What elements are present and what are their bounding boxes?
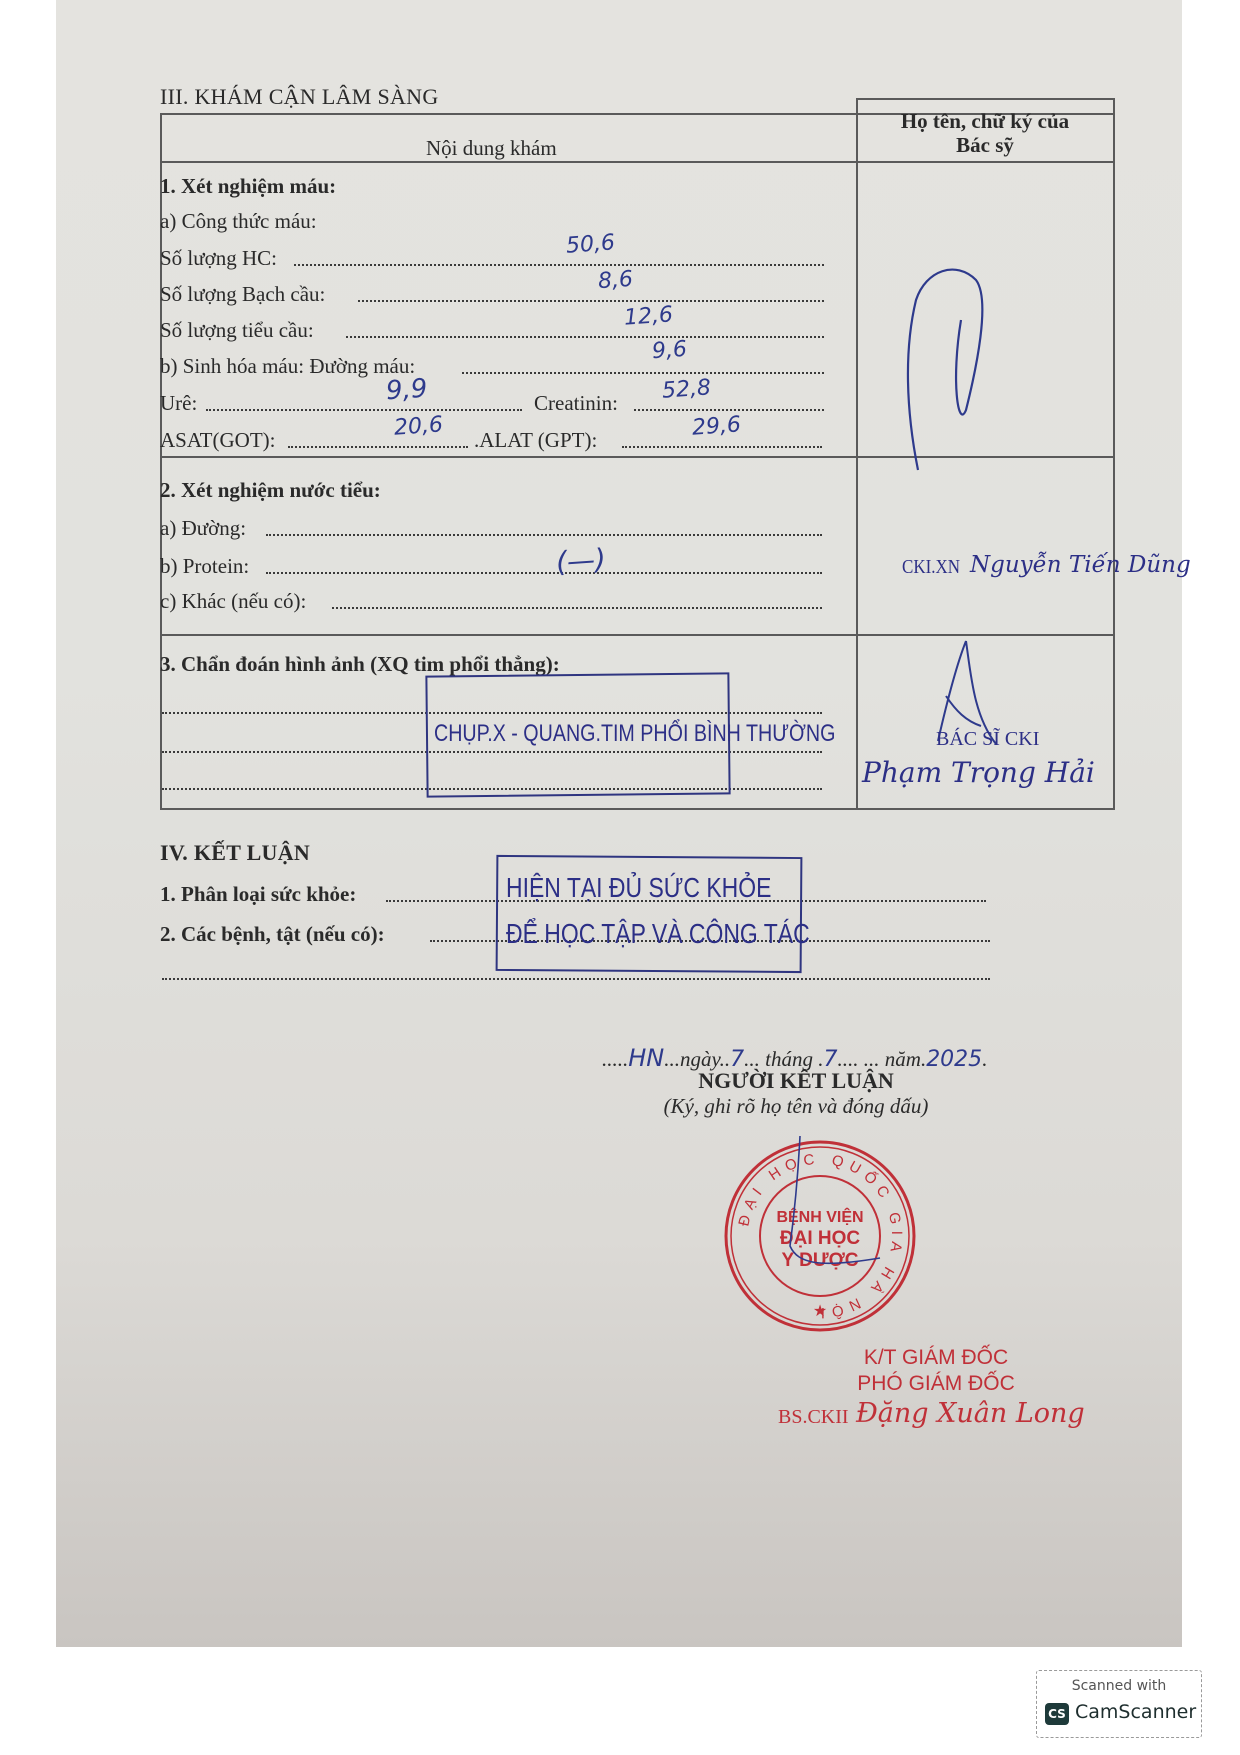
glucose-value: 9,6: [651, 337, 688, 364]
conclusion-dotted-line: [162, 976, 990, 980]
urine-doctor-name: Nguyễn Tiến Dũng: [970, 552, 1191, 578]
seal-star-icon: ★: [813, 1303, 827, 1320]
camscanner-logo-icon: CS: [1045, 1703, 1069, 1725]
platelet-dotted-line: [346, 334, 824, 338]
imaging-heading: 3. Chẩn đoán hình ảnh (XQ tim phổi thẳng…: [160, 652, 560, 677]
header-doctor-line2: Bác sỹ: [876, 133, 1094, 158]
blood-test-heading: 1. Xét nghiệm máu:: [160, 174, 336, 199]
alat-dotted-line: [622, 444, 822, 448]
imaging-doctor-name: Phạm Trọng Hải: [862, 756, 1095, 789]
alat-value: 29,6: [691, 412, 742, 440]
seal-center-line3: Y DƯỢC: [781, 1250, 858, 1271]
conclusion-stamp-line1: HIỆN TẠI ĐỦ SỨC KHỎE: [506, 872, 771, 904]
blood-formula-label: a) Công thức máu:: [160, 209, 317, 234]
urine-protein-dotted-line: [266, 570, 822, 574]
table-header-divider: [160, 161, 1113, 163]
urine-doctor-prefix: CKI.XN: [902, 556, 960, 579]
glucose-dotted-line: [462, 370, 824, 374]
rbc-value: 50,6: [565, 230, 616, 258]
watermark-brand: CamScanner: [1075, 1701, 1196, 1723]
asat-value: 20,6: [393, 412, 444, 440]
imaging-stamp-text: CHỤP.X - QUANG.TIM PHỔI BÌNH THƯỜNG: [434, 720, 835, 748]
conclusion-stamp-line2: ĐỂ HỌC TẬP VÀ CÔNG TÁC: [506, 918, 810, 950]
urine-other-label: c) Khác (nếu có):: [160, 589, 306, 614]
doctor-signature-blood: [896, 260, 1016, 480]
creatinin-dotted-line: [634, 407, 824, 411]
creatinin-label: Creatinin:: [534, 391, 618, 416]
header-content: Nội dung khám: [426, 136, 557, 161]
signer-role-line2: PHÓ GIÁM ĐỐC: [816, 1372, 1056, 1396]
urine-sugar-dotted-line: [266, 532, 822, 536]
hospital-seal: ĐẠI HỌC QUỐC GIA HÀ NỘI BỆNH VIỆN ĐẠI HỌ…: [720, 1136, 920, 1336]
table-border-right: [1113, 98, 1115, 810]
wbc-label: Số lượng Bạch cầu:: [160, 282, 325, 307]
imaging-doctor-title: BÁC SĨ CKI: [936, 728, 1039, 751]
header-doctor-line1: Họ tên, chữ ký của: [876, 109, 1094, 134]
camscanner-watermark: Scanned with CS CamScanner: [1036, 1670, 1202, 1738]
urea-label: Urê:: [160, 391, 197, 416]
wbc-dotted-line: [358, 298, 824, 302]
urea-value: 9,9: [385, 374, 428, 407]
rbc-label: Số lượng HC:: [160, 246, 277, 271]
signer-role-line1: K/T GIÁM ĐỐC: [816, 1346, 1056, 1370]
section-3-title: III. KHÁM CẬN LÂM SÀNG: [160, 84, 439, 110]
signoff-title: NGƯỜI KẾT LUẬN: [606, 1068, 986, 1094]
urine-sugar-label: a) Đường:: [160, 516, 246, 541]
watermark-caption: Scanned with: [1037, 1678, 1201, 1694]
signoff-subtitle: (Ký, ghi rõ họ tên và đóng dấu): [586, 1094, 1006, 1119]
seal-center-line1: BỆNH VIỆN: [776, 1207, 863, 1226]
document-page: III. KHÁM CẬN LÂM SÀNG Nội dung khám Họ …: [56, 0, 1182, 1647]
signer-prefix: BS.CKII: [778, 1406, 849, 1429]
table-column-divider: [856, 98, 858, 810]
health-class-label: 1. Phân loại sức khỏe:: [160, 882, 356, 907]
urea-dotted-line: [206, 407, 522, 411]
section-4-title: IV. KẾT LUẬN: [160, 840, 310, 866]
platelet-value: 12,6: [623, 302, 674, 330]
alat-label: .ALAT (GPT):: [474, 428, 597, 453]
disease-label: 2. Các bệnh, tật (nếu có):: [160, 922, 385, 947]
signer-name: Đặng Xuân Long: [856, 1398, 1085, 1429]
urine-protein-value: (—): [555, 542, 607, 578]
urine-test-heading: 2. Xét nghiệm nước tiểu:: [160, 478, 381, 503]
urine-protein-label: b) Protein:: [160, 554, 249, 579]
asat-label: ASAT(GOT):: [160, 428, 276, 453]
platelet-label: Số lượng tiểu cầu:: [160, 318, 314, 343]
asat-dotted-line: [288, 444, 468, 448]
table-border-bottom: [160, 808, 1113, 810]
glucose-label: b) Sinh hóa máu: Đường máu:: [160, 354, 415, 379]
creatinin-value: 52,8: [661, 375, 712, 403]
wbc-value: 8,6: [597, 267, 634, 294]
urine-other-dotted-line: [332, 605, 822, 609]
rbc-dotted-line: [294, 262, 824, 266]
table-border-top-right: [856, 98, 1113, 100]
